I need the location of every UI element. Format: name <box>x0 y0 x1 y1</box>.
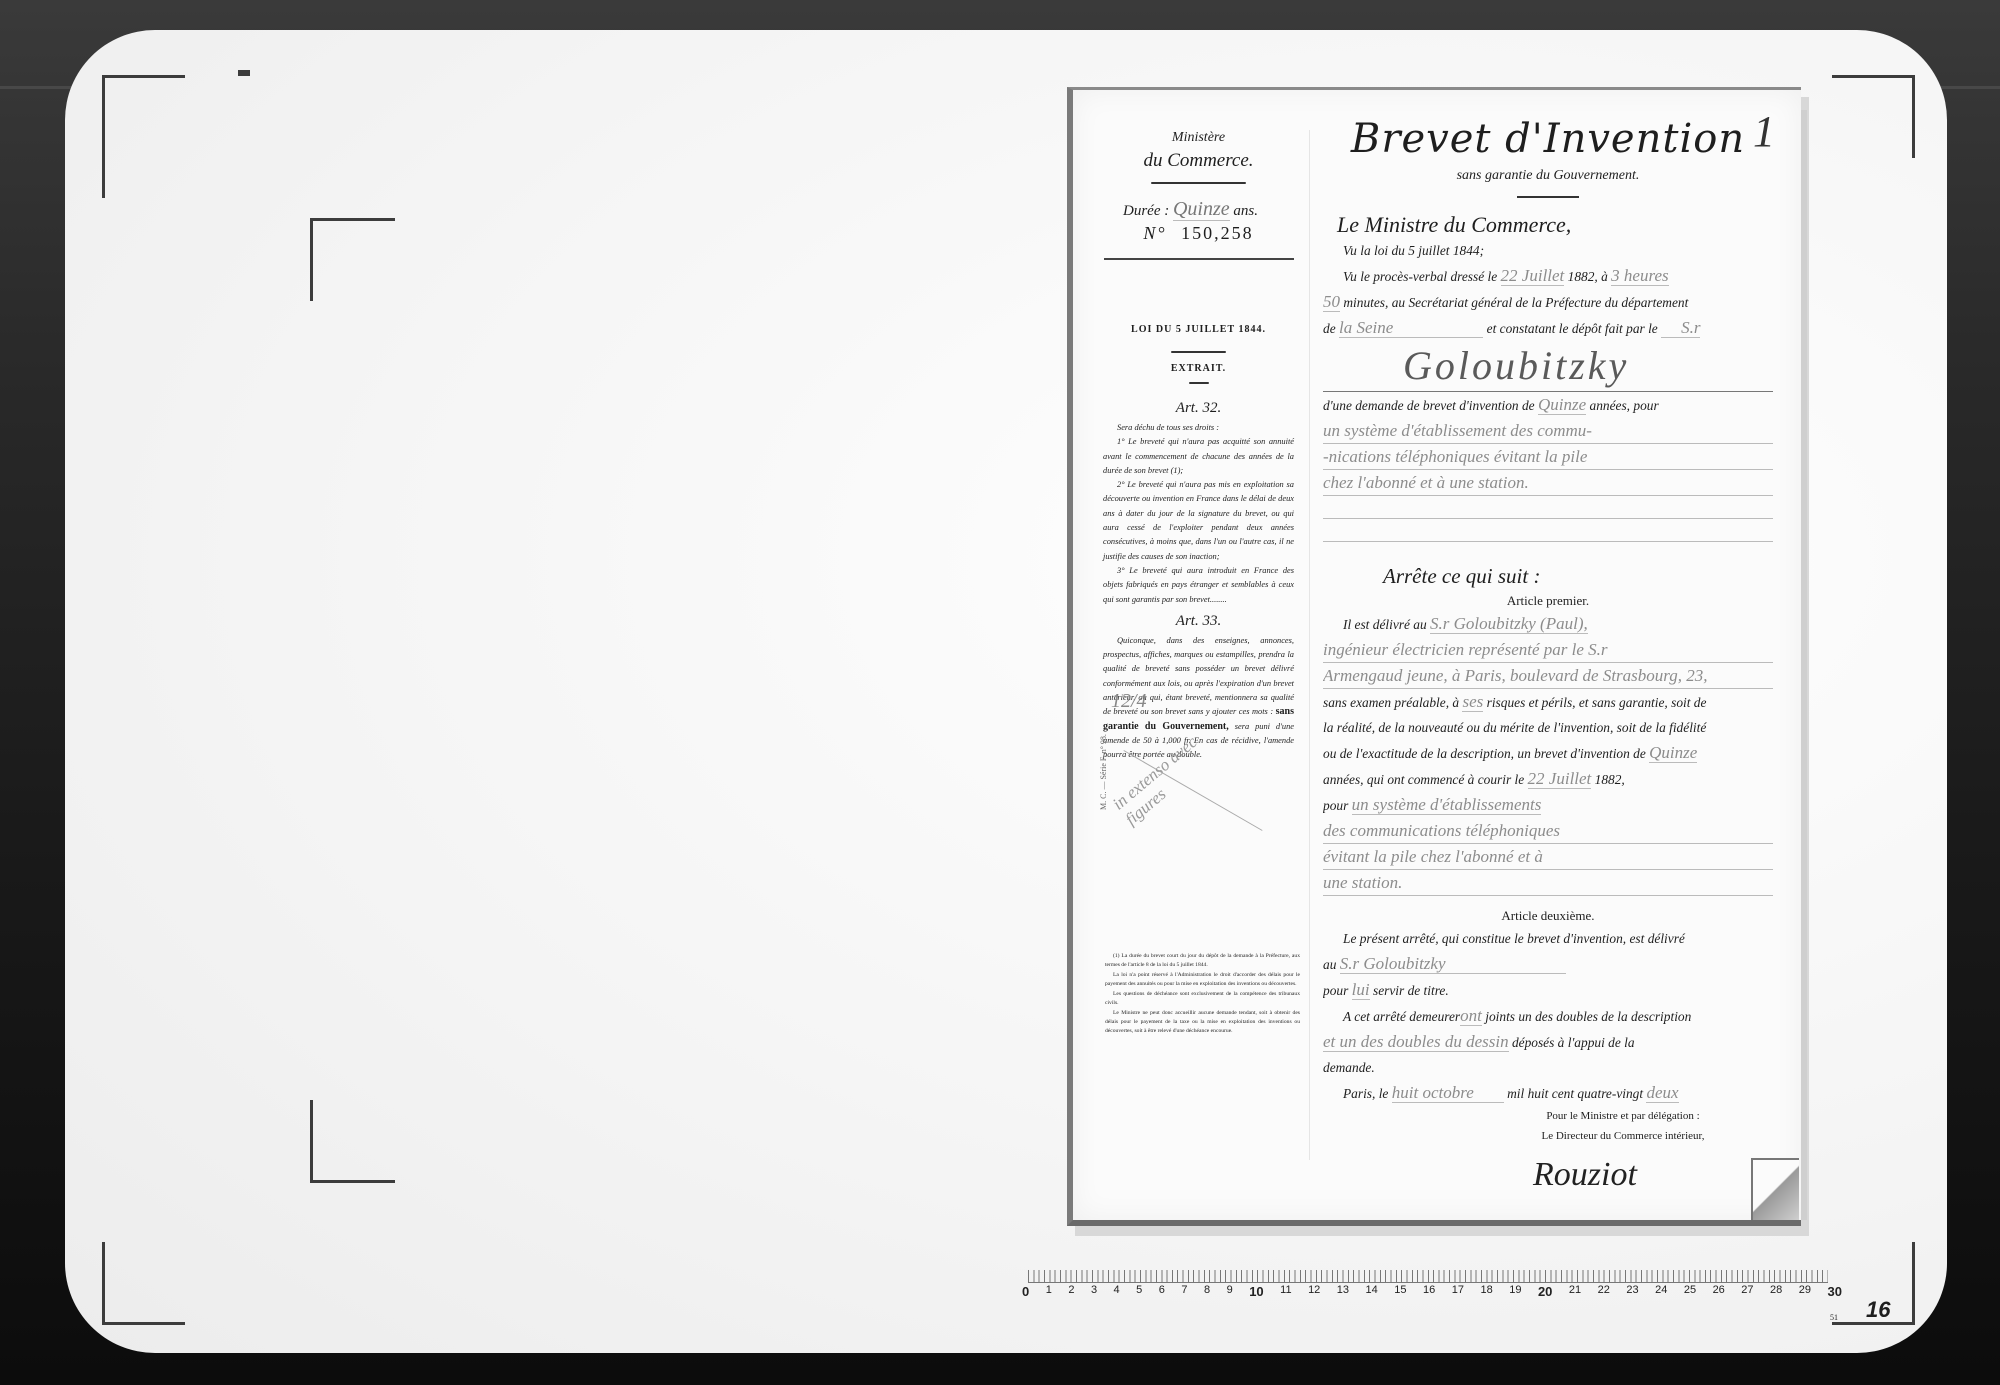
date-text: mil huit cent quatre-vingt <box>1507 1086 1643 1101</box>
handwritten-duration: Quinze <box>1538 395 1586 415</box>
ruler-tick: 11 <box>1280 1284 1291 1302</box>
article-1-body: Il est délivré au S.r Goloubitzky (Paul)… <box>1323 611 1773 896</box>
ministry-line-2: du Commerce. <box>1101 150 1296 172</box>
preamble-line: Vu le procès-verbal dressé le 22 Juillet… <box>1323 263 1773 289</box>
handwritten-recipient-line: Armengaud jeune, à Paris, boulevard de S… <box>1323 663 1773 689</box>
handwritten-hour: 3 heures <box>1611 266 1668 286</box>
ruler-tick: 29 <box>1799 1284 1811 1302</box>
handwritten-pronoun: lui <box>1352 980 1370 1000</box>
article-paragraph: 2° Le breveté qui n'aura pas mis en expl… <box>1103 478 1294 564</box>
article-line: pour un système d'établissements <box>1323 792 1773 818</box>
ruler-tick: 1 <box>1046 1284 1052 1302</box>
date-line: Paris, le huit octobre mil huit cent qua… <box>1323 1080 1773 1106</box>
ruler-tick: 22 <box>1598 1284 1610 1302</box>
handwritten-invention-line: une station. <box>1323 870 1773 896</box>
handwritten-title: S.r <box>1661 318 1700 338</box>
article-paragraph: 3° Le breveté qui aura introduit en Fran… <box>1103 564 1294 607</box>
handwritten-pronoun: ses <box>1462 692 1483 712</box>
handwritten-recipient: S.r Goloubitzky <box>1340 954 1566 974</box>
preamble-line: Vu la loi du 5 juillet 1844; <box>1323 238 1773 263</box>
handwritten-invention-line: évitant la pile chez l'abonné et à <box>1323 844 1773 870</box>
ruler-tick: 4 <box>1114 1284 1120 1302</box>
folded-corner <box>1751 1158 1799 1220</box>
column-divider <box>1309 130 1310 1160</box>
clause-text: joints <box>1485 1009 1515 1024</box>
document-title: Brevet d'Invention <box>1323 116 1773 162</box>
ornament-divider <box>1171 351 1226 353</box>
handwritten-issue-date: huit octobre <box>1392 1083 1504 1103</box>
reel-label: 51 <box>1830 1313 1838 1322</box>
ruler-tick: 5 <box>1136 1284 1142 1302</box>
series-label: M. C. — Série F, n° 98. <box>1099 734 1108 810</box>
footnote: La loi n'a point réservé à l'Administrat… <box>1105 971 1300 989</box>
ruler-tick: 26 <box>1713 1284 1725 1302</box>
preamble-line: de la Seine et constatant le dépôt fait … <box>1323 315 1773 341</box>
handwritten-recipient: S.r Goloubitzky (Paul), <box>1430 614 1588 634</box>
article-paragraph: Sera déchu de tous ses droits : <box>1103 421 1294 435</box>
article-2-heading: Article deuxième. <box>1323 908 1773 924</box>
article-line: au S.r Goloubitzky <box>1323 951 1773 977</box>
handwritten-invention-line: chez l'abonné et à une station. <box>1323 470 1773 496</box>
ornament-divider <box>1517 196 1579 198</box>
minister-heading: Le Ministre du Commerce, <box>1337 212 1773 238</box>
handwritten-attachment: et un des doubles du dessin <box>1323 1032 1509 1052</box>
ruler-tick: 27 <box>1741 1284 1753 1302</box>
clause-year: 1882, <box>1595 772 1625 787</box>
left-column: Ministère du Commerce. Durée : Quinze an… <box>1101 130 1296 763</box>
ruler-tick: 19 <box>1509 1284 1521 1302</box>
clause-text: servir de titre. <box>1373 983 1449 998</box>
blank-fill-line <box>1323 519 1773 542</box>
handwritten-department: la Seine <box>1339 318 1483 338</box>
clause-text: A cet arrêté demeurer <box>1343 1009 1460 1024</box>
article-32-text: Sera déchu de tous ses droits : 1° Le br… <box>1101 421 1296 607</box>
article-line: demande. <box>1323 1055 1773 1080</box>
article-line: pour lui servir de titre. <box>1323 977 1773 1003</box>
ruler-tick: 21 <box>1569 1284 1581 1302</box>
short-divider <box>1189 382 1209 384</box>
article-line: ou de l'exactitude de la description, un… <box>1323 740 1773 766</box>
article-2-body: Le présent arrêté, qui constitue le brev… <box>1323 926 1773 1106</box>
ruler-tick: 2 <box>1068 1284 1074 1302</box>
signature-block: Pour le Ministre et par délégation : Le … <box>1503 1106 1743 1146</box>
number-value: 150,258 <box>1181 223 1254 243</box>
handwritten-invention-line: un système d'établissements <box>1352 795 1542 815</box>
article-33-heading: Art. 33. <box>1101 613 1296 630</box>
ruler-tick: 13 <box>1337 1284 1349 1302</box>
article-line: sans examen préalable, à ses risques et … <box>1323 689 1773 715</box>
ruler-tick: 23 <box>1626 1284 1638 1302</box>
pencil-annotation-fraction: 12/4 <box>1111 690 1147 713</box>
clause-text: sans examen préalable, à <box>1323 695 1459 710</box>
arrete-heading: Arrête ce qui suit : <box>1383 564 1773 589</box>
ruler-tick: 25 <box>1684 1284 1696 1302</box>
handwritten-invention-line: des communications téléphoniques <box>1323 818 1773 844</box>
crop-mark-tick <box>238 70 250 76</box>
clause-text: risques et périls, et sans garantie, soi… <box>1487 695 1707 710</box>
footnote: Le Ministre ne peut donc accueillir aucu… <box>1105 1009 1300 1036</box>
folio-number: 1 <box>1753 106 1775 157</box>
ruler-tick: 14 <box>1366 1284 1378 1302</box>
law-title: LOI DU 5 JUILLET 1844. <box>1101 324 1296 335</box>
footnote: Les questions de déchéance sont exclusiv… <box>1105 990 1300 1008</box>
duration-field: Durée : Quinze ans. <box>1101 198 1296 221</box>
footnote: (1) La durée du brevet court du jour du … <box>1105 952 1300 970</box>
ruler-tick: 9 <box>1227 1284 1233 1302</box>
article-1-prefix: Il est délivré au <box>1343 617 1427 632</box>
ruler-tick: 17 <box>1452 1284 1464 1302</box>
patent-number: N° 150,258 <box>1101 223 1296 244</box>
ruler-tick: 7 <box>1181 1284 1187 1302</box>
handwritten-minutes: 50 <box>1323 292 1340 312</box>
crop-mark-bottom-left <box>102 1242 185 1325</box>
clause-text: déposés à l'appui de la <box>1512 1035 1635 1050</box>
crop-mark-top-left <box>102 75 185 198</box>
blank-fill-line <box>1323 496 1773 519</box>
ruler-tick: 30 <box>1828 1284 1842 1302</box>
deposit-text: et constatant le dépôt fait par le <box>1487 321 1658 336</box>
pv-prefix: Vu le procès-verbal dressé le <box>1343 269 1497 284</box>
handwritten-suffix: ont <box>1460 1006 1482 1026</box>
pv-year: 1882, à <box>1568 269 1608 284</box>
ruler-tick: 15 <box>1394 1284 1406 1302</box>
article-line: et un des doubles du dessin déposés à l'… <box>1323 1029 1773 1055</box>
article-line: la réalité, de la nouveauté ou du mérite… <box>1323 715 1773 740</box>
handwritten-year: deux <box>1646 1083 1678 1103</box>
ministry-line-1: Ministère <box>1101 130 1296 146</box>
handwritten-date: 22 Juillet <box>1501 266 1565 286</box>
pv-minutes-suffix: minutes, au Secrétariat général de la Pr… <box>1343 295 1688 310</box>
ruler-tick: 12 <box>1308 1284 1320 1302</box>
preamble-line: 50 minutes, au Secrétariat général de la… <box>1323 289 1773 315</box>
ornament-divider <box>1151 182 1246 184</box>
ruler-tick-labels: 0 1 2 3 4 5 6 7 8 9 10 11 12 13 14 15 16… <box>1022 1284 1842 1302</box>
ruler-tick: 24 <box>1655 1284 1667 1302</box>
extract-heading: EXTRAIT. <box>1101 363 1296 374</box>
director-line: Le Directeur du Commerce intérieur, <box>1503 1126 1743 1146</box>
crop-mark-inner-bottom-left <box>310 1100 395 1183</box>
article-1-heading: Article premier. <box>1323 593 1773 609</box>
ruler-tick: 0 <box>1022 1284 1029 1302</box>
article-line: Il est délivré au S.r Goloubitzky (Paul)… <box>1323 611 1773 637</box>
dept-prefix: de <box>1323 321 1336 336</box>
article-line: A cet arrêté demeureront joints un des d… <box>1323 1003 1773 1029</box>
article-line: années, qui ont commencé à courir le 22 … <box>1323 766 1773 792</box>
ruler-tick: 16 <box>1423 1284 1435 1302</box>
patent-sheet: Ministère du Commerce. Durée : Quinze an… <box>1067 87 1801 1226</box>
scale-ruler <box>1028 1270 1828 1283</box>
handwritten-duration: Quinze <box>1649 743 1697 763</box>
right-column: Brevet d'Invention 1 sans garantie du Go… <box>1323 116 1773 1194</box>
frame-number: 16 <box>1866 1297 1890 1323</box>
sheet-edge <box>1801 110 1807 1220</box>
handwritten-invention-line: un système d'établissement des commu- <box>1323 418 1773 444</box>
duration-label: Durée : <box>1123 203 1169 219</box>
crop-mark-top-right <box>1832 75 1915 158</box>
handwritten-invention-line: -nications téléphoniques évitant la pile <box>1323 444 1773 470</box>
delegation-line: Pour le Ministre et par délégation : <box>1503 1106 1743 1126</box>
handwritten-recipient-line: ingénieur électricien représenté par le … <box>1323 637 1773 663</box>
divider <box>1104 258 1294 260</box>
preamble: Vu la loi du 5 juillet 1844; Vu le procè… <box>1323 238 1773 542</box>
article-paragraph: 1° Le breveté qui n'aura pas acquitté so… <box>1103 435 1294 478</box>
clause-text: ou de l'exactitude de la description, un… <box>1323 746 1646 761</box>
pour-label: pour <box>1323 798 1348 813</box>
ruler-tick: 10 <box>1249 1284 1263 1302</box>
date-prefix: Paris, le <box>1343 1086 1388 1101</box>
duration-unit: ans. <box>1233 203 1258 219</box>
clause-text: un des doubles de la description <box>1518 1009 1691 1024</box>
document-subtitle: sans garantie du Gouvernement. <box>1323 168 1773 184</box>
handwritten-start-date: 22 Juillet <box>1528 769 1592 789</box>
ruler-tick: 18 <box>1480 1284 1492 1302</box>
ruler-tick: 8 <box>1204 1284 1210 1302</box>
ruler-tick: 3 <box>1091 1284 1097 1302</box>
ruler-tick: 28 <box>1770 1284 1782 1302</box>
duration-value: Quinze <box>1173 198 1230 221</box>
article-line: Le présent arrêté, qui constitue le brev… <box>1323 926 1773 951</box>
number-label: N° <box>1143 223 1166 243</box>
article-32-heading: Art. 32. <box>1101 400 1296 417</box>
clause-text: années, qui ont commencé à courir le <box>1323 772 1524 787</box>
demand-prefix: d'une demande de brevet d'invention de <box>1323 398 1535 413</box>
clause-text: au <box>1323 957 1336 972</box>
crop-mark-inner-top-left <box>310 218 395 301</box>
signature: Rouziot <box>1533 1156 1773 1194</box>
handwritten-applicant-name: Goloubitzky <box>1323 341 1773 392</box>
ruler-tick: 20 <box>1538 1284 1552 1302</box>
ruler-tick: 6 <box>1159 1284 1165 1302</box>
demand-suffix: années, pour <box>1590 398 1659 413</box>
footnotes: (1) La durée du brevet court du jour du … <box>1105 952 1300 1037</box>
clause-text: pour <box>1323 983 1348 998</box>
preamble-line: d'une demande de brevet d'invention de Q… <box>1323 392 1773 418</box>
